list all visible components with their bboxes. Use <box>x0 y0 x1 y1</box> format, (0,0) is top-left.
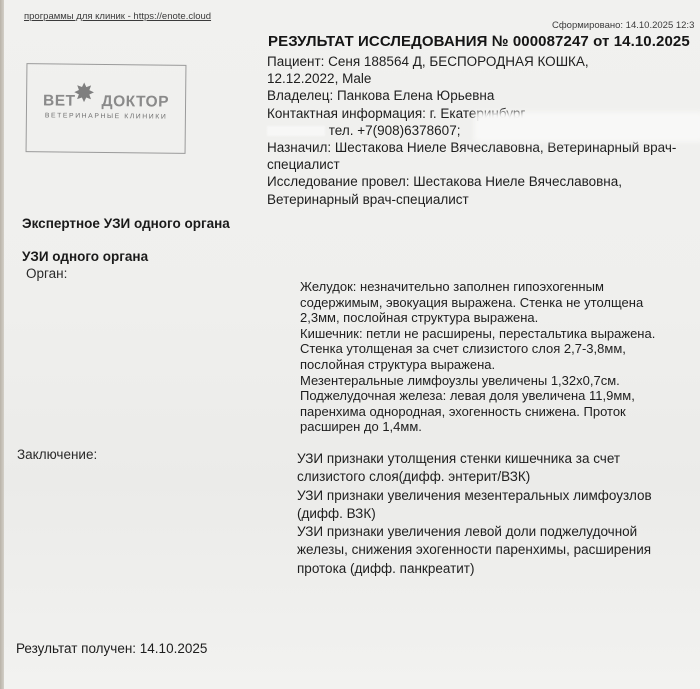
findings-line: 2,3мм, послойная структура выражена. <box>300 310 655 326</box>
conclusion-line: слизистого слоя(дифф. энтерит/ВЗК) <box>297 468 652 486</box>
logo-tagline: ВЕТЕРИНАРНЫЕ КЛИНИКИ <box>45 112 168 120</box>
findings-block: Желудок: незначительно заполнен гипоэхог… <box>300 279 655 435</box>
redacted-contact-area <box>474 112 700 142</box>
performed-by-line: Исследование провел: Шестакова Ниеле Вяч… <box>267 173 676 190</box>
section-expert-heading: Экспертное УЗИ одного органа <box>22 216 230 231</box>
findings-line: Мезентеральные лимфоузлы увеличены 1,32х… <box>300 373 655 389</box>
redacted-area <box>267 126 325 136</box>
findings-line: расширен до 1,4мм. <box>300 419 655 435</box>
findings-line: Кишечник: петли не расширены, перестальт… <box>300 326 655 342</box>
conclusion-line: УЗИ признаки увеличения мезентеральных л… <box>297 487 652 505</box>
patient-birthdate-line: 12.12.2022, Male <box>267 70 676 87</box>
findings-line: Стенка утолщеная за счет слизистого слоя… <box>300 341 655 357</box>
conclusion-block: УЗИ признаки утолщения стенки кишечника … <box>297 450 652 578</box>
enote-link[interactable]: программы для клиник - https://enote.clo… <box>24 11 211 22</box>
logo-wordmark: ВЕТДОКТОР <box>43 92 169 111</box>
owner-line: Владелец: Панкова Елена Юрьевна <box>267 87 676 104</box>
findings-line: Поджелудочная железа: левая доля увеличе… <box>300 388 655 404</box>
conclusion-line: протока (дифф. панкреатит) <box>297 560 652 578</box>
conclusion-line: железы, снижения эхогенности паренхимы, … <box>297 541 652 559</box>
findings-line: содержимым, эвокуация выражена. Стенка н… <box>300 295 655 311</box>
logo-brand-left: ВЕТ <box>43 92 76 109</box>
findings-line: Желудок: незначительно заполнен гипоэхог… <box>300 279 655 295</box>
conclusion-label: Заключение: <box>17 447 97 462</box>
conclusion-line: УЗИ признаки утолщения стенки кишечника … <box>297 450 652 468</box>
generated-timestamp: Сформировано: 14.10.2025 12:3 <box>552 20 694 31</box>
result-received: Результат получен: 14.10.2025 <box>16 641 207 656</box>
report-title: РЕЗУЛЬТАТ ИССЛЕДОВАНИЯ № 000087247 от 14… <box>268 33 690 50</box>
printed-report: программы для клиник - https://enote.clo… <box>4 0 700 689</box>
conclusion-line: УЗИ признаки увеличения левой доли подже… <box>297 523 652 541</box>
section-single-heading: УЗИ одного органа <box>22 249 148 264</box>
organ-label: Орган: <box>26 266 67 281</box>
patient-line: Пациент: Сеня 188564 Д, БЕСПОРОДНАЯ КОШК… <box>267 53 676 70</box>
performed-by-line-cont: Ветеринарный врач-специалист <box>267 191 676 208</box>
findings-line: паренхима однородная, эхогенность снижен… <box>300 404 655 420</box>
findings-line: послойная структура выражена. <box>300 357 655 373</box>
conclusion-line: (дифф. ВЗК) <box>297 505 652 523</box>
logo-brand-right: ДОКТОР <box>101 93 169 111</box>
phone-text: тел. +7(908)6378607; <box>329 123 461 138</box>
clinic-logo: ВЕТДОКТОР ✸ ВЕТЕРИНАРНЫЕ КЛИНИКИ <box>26 63 187 154</box>
star-burst-icon: ✸ <box>73 80 95 106</box>
assigned-by-line-cont: специалист <box>267 156 676 173</box>
